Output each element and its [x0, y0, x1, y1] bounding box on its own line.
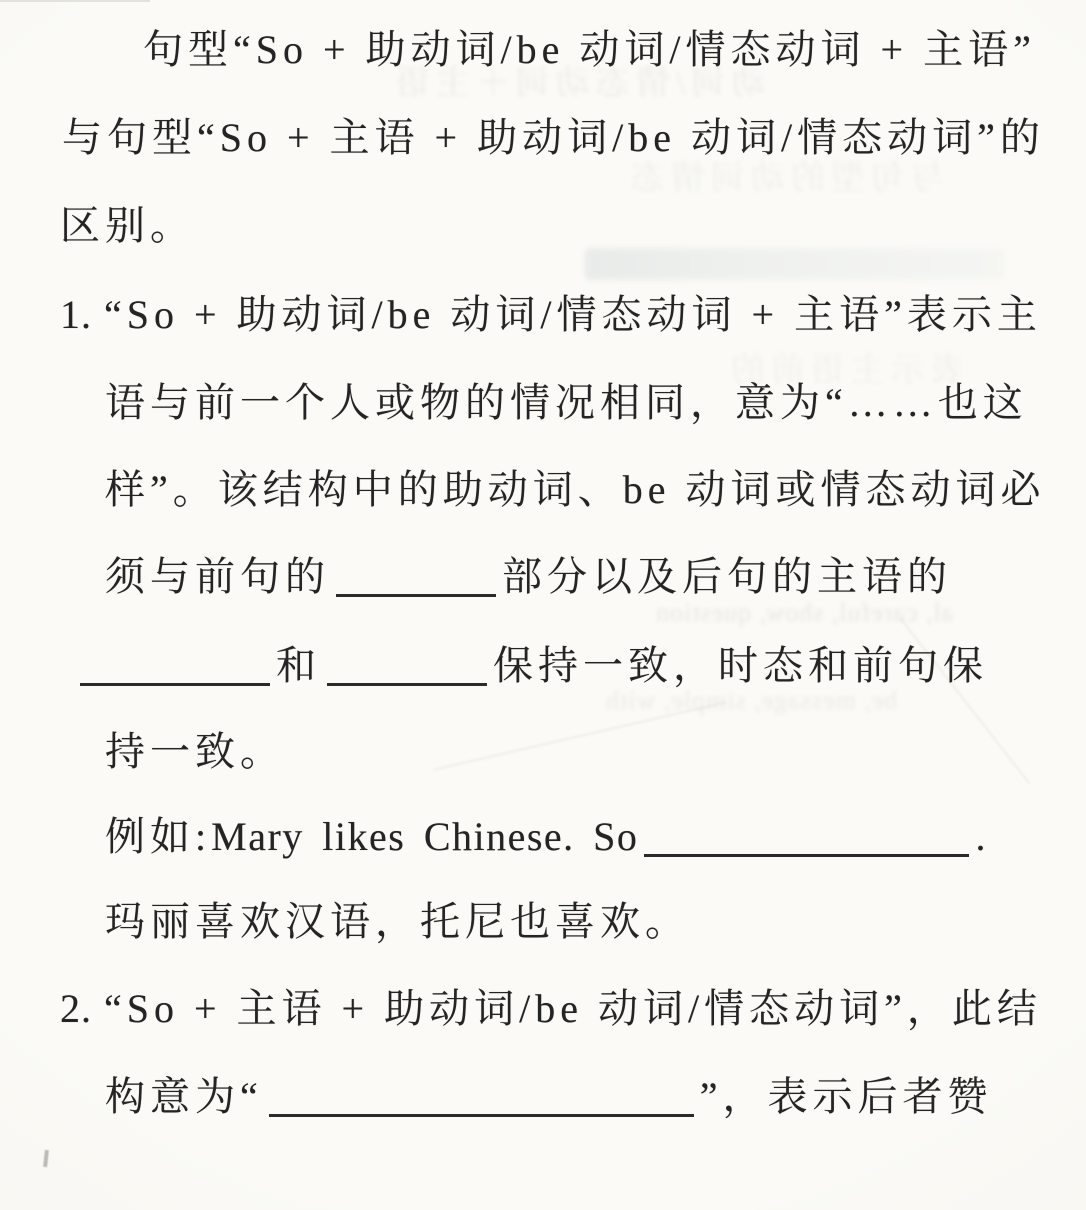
item2-line-2: 构意为“”，表示后者赞 — [105, 1073, 993, 1121]
item2-number: 2. — [60, 985, 104, 1033]
item1-line-1-text: “So + 助动词/be 动词/情态动词 + 主语”表示主 — [104, 292, 1042, 337]
item1-line-5-between-blanks: 和 — [276, 643, 321, 688]
item2-line-1: 2.“So + 主语 + 助动词/be 动词/情态动词”，此结 — [60, 985, 1042, 1033]
item1-line-4-after-blank: 部分以及后句的主语的 — [502, 554, 952, 599]
item1-line-5: 和保持一致，时态和前句保 — [80, 642, 988, 690]
item1-line-5-after-blank: 保持一致，时态和前句保 — [493, 643, 988, 688]
item1-line-6: 持一致。 — [105, 728, 285, 776]
example-english-text: Mary likes Chinese. So — [211, 814, 638, 859]
example-period: . — [975, 814, 990, 859]
item1-line-2: 语与前一个人或物的情况相同，意为“……也这 — [105, 379, 1028, 427]
item2-line-2-after-blank: ”，表示后者赞 — [700, 1074, 993, 1119]
item1-example-translation: 玛丽喜欢汉语，托尼也喜欢。 — [105, 898, 690, 946]
item1-line-4: 须与前句的部分以及后句的主语的 — [105, 553, 952, 601]
scan-speck-artifact — [43, 1150, 49, 1167]
bleedthrough-ghost-text: be, message, simple, with — [605, 686, 897, 716]
intro-line-1: 句型“So + 助动词/be 动词/情态动词 + 主语” — [143, 26, 1036, 74]
scan-edge-artifact — [0, 0, 150, 2]
bleedthrough-ghost-text: al, careful, show, question — [655, 598, 953, 628]
item1-line-1: 1.“So + 助动词/be 动词/情态动词 + 主语”表示主 — [60, 291, 1042, 339]
example-lead: 例如: — [105, 814, 211, 859]
fill-in-blank-4 — [644, 824, 969, 857]
intro-line-2: 与句型“So + 主语 + 助动词/be 动词/情态动词”的 — [62, 114, 1045, 162]
paper-crease — [434, 701, 727, 770]
bleedthrough-ghost-band — [585, 248, 1005, 280]
item2-line-1-text: “So + 主语 + 助动词/be 动词/情态动词”，此结 — [104, 986, 1042, 1031]
fill-in-blank-1 — [336, 564, 496, 597]
item2-line-2-before-blank: 构意为“ — [105, 1074, 263, 1119]
item1-number: 1. — [60, 291, 104, 339]
item1-example-line: 例如:Mary likes Chinese. So. — [105, 813, 990, 861]
fill-in-blank-5 — [269, 1084, 694, 1117]
item1-line-3: 样”。该结构中的助动词、be 动词或情态动词必 — [105, 466, 1046, 514]
item1-line-4-before-blank: 须与前句的 — [105, 554, 330, 599]
fill-in-blank-3 — [327, 653, 487, 686]
intro-line-3: 区别。 — [60, 202, 195, 250]
scanned-textbook-page: 动词/情态动词＋主语 与句型的动词情态 表示主语前的 al, careful, … — [0, 0, 1086, 1210]
fill-in-blank-2 — [80, 653, 270, 686]
